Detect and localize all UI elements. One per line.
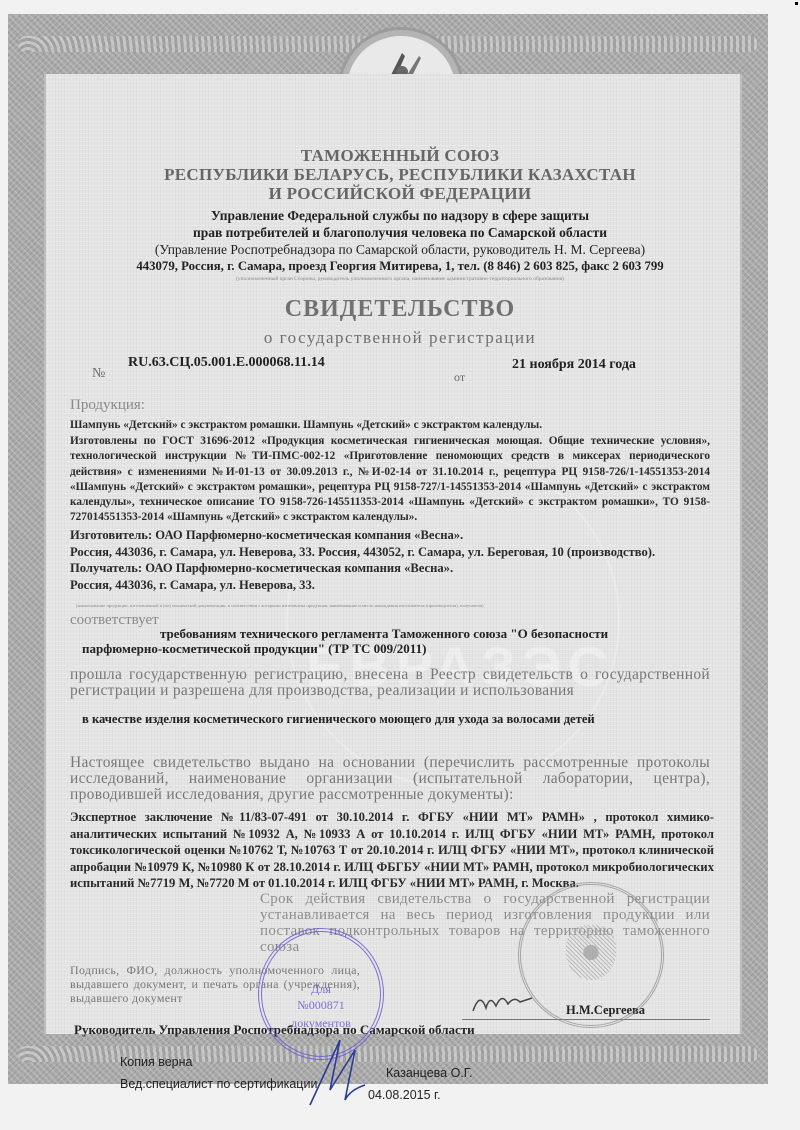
number-prefix: № xyxy=(92,366,105,382)
manufacturer-address: Россия, 443036, г. Самара, ул. Неверова,… xyxy=(70,544,720,561)
compliance-text-line2: парфюмерно-косметической продукции" (ТР … xyxy=(82,641,426,657)
certificate-title: СВИДЕТЕЛЬСТВО xyxy=(0,296,800,323)
union-title-line3: И РОССИЙСКОЙ ФЕДЕРАЦИИ xyxy=(0,184,800,203)
certificate-number: RU.63.СЦ.05.001.Е.000068.11.14 xyxy=(128,355,325,371)
copy-signature-icon xyxy=(300,1030,370,1110)
certificate-date: 21 ноября 2014 года xyxy=(512,357,636,373)
copy-true-label: Копия верна xyxy=(120,1055,193,1069)
date-prefix: от xyxy=(454,370,465,385)
product-names: Шампунь «Детский» с экстрактом ромашки. … xyxy=(70,418,710,433)
union-title-line1: ТАМОЖЕННЫЙ СОЮЗ xyxy=(0,146,800,165)
seal-text-for: Для xyxy=(262,982,380,997)
agency-address: 443079, Россия, г. Самара, проезд Георги… xyxy=(0,258,800,275)
registration-usage: в качестве изделия косметического гигиен… xyxy=(82,712,595,727)
basis-heading: Настоящее свидетельство выдано на основа… xyxy=(70,755,710,803)
compliance-text-line1: требованиям технического регламента Тамо… xyxy=(160,626,608,642)
copy-specialist-title: Вед.специалист по сертификации xyxy=(120,1077,317,1091)
agency-caption: (уполномоченный орган Стороны, руководит… xyxy=(0,276,800,282)
recipient: Получатель: ОАО Парфюмерно-косметическая… xyxy=(70,560,710,577)
copy-date: 04.08.2015 г. xyxy=(368,1088,441,1102)
copy-specialist-name: Казанцева О.Г. xyxy=(386,1066,473,1080)
product-caption: (наименование продукции, изготовленной в… xyxy=(76,603,484,608)
seal-text-documents: документов xyxy=(262,1016,380,1031)
union-title-line2: РЕСПУБЛИКИ БЕЛАРУСЬ, РЕСПУБЛИКИ КАЗАХСТА… xyxy=(0,165,800,184)
scan-artifact xyxy=(795,2,798,5)
recipient-address: Россия, 443036, г. Самара, ул. Неверова,… xyxy=(70,577,710,594)
agency-line1: Управление Федеральной службы по надзору… xyxy=(0,207,800,224)
product-heading: Продукция: xyxy=(70,397,145,414)
basis-documents: Экспертное заключение №11/83-07-491 от 3… xyxy=(70,809,714,892)
seal-text-number: №000871 xyxy=(262,998,380,1013)
state-seal-icon xyxy=(518,882,664,1028)
compliance-label: соответствует xyxy=(70,612,159,629)
product-standards: Изготовлены по ГОСТ 31696-2012 «Продукци… xyxy=(70,434,710,526)
double-headed-eagle-icon xyxy=(566,925,616,980)
manufacturer: Изготовитель: ОАО Парфюмерно-косметическ… xyxy=(70,527,710,544)
certificate-subtitle: о государственной регистрации xyxy=(0,328,800,348)
agency-line2: прав потребителей и благополучия человек… xyxy=(0,224,800,241)
registration-text: прошла государственную регистрацию, внес… xyxy=(70,667,710,699)
agency-line3: (Управление Роспотребнадзора по Самарско… xyxy=(0,241,800,258)
